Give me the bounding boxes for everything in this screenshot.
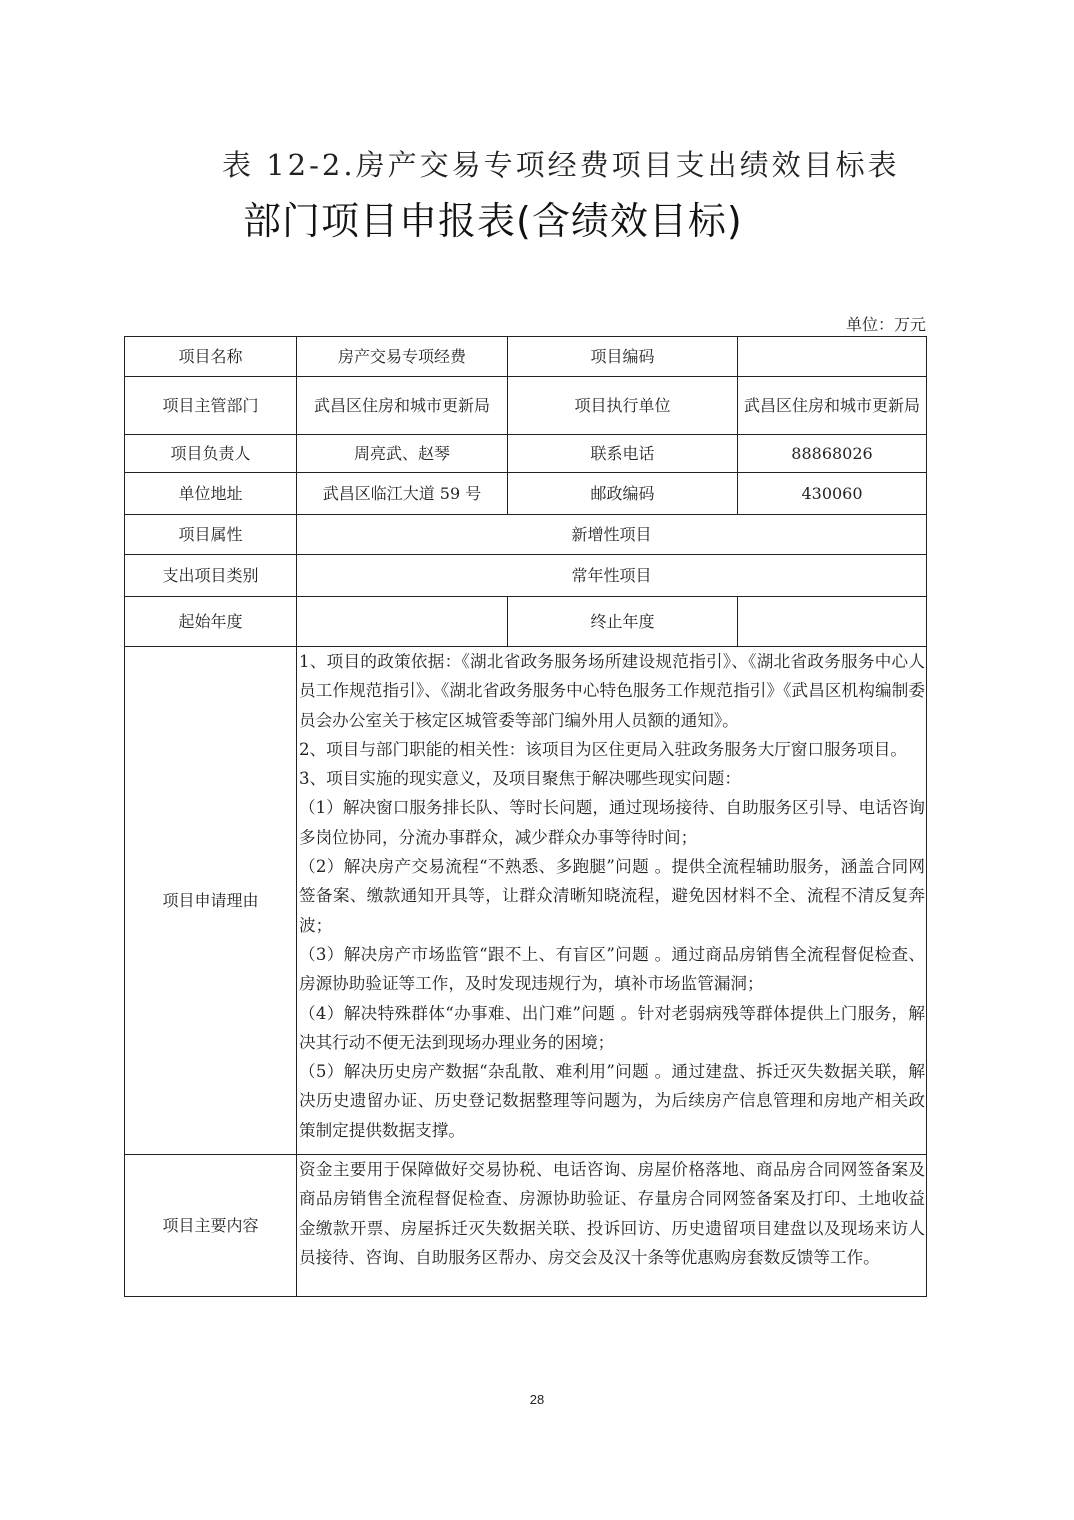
field-value: 新增性项目 — [297, 515, 927, 555]
field-label: 邮政编码 — [508, 473, 738, 515]
table-row: 项目名称 房产交易专项经费 项目编码 — [125, 337, 927, 377]
page-number: 28 — [0, 1392, 1074, 1407]
field-label: 单位地址 — [125, 473, 297, 515]
table-row: 项目负责人 周亮武、赵琴 联系电话 88868026 — [125, 435, 927, 473]
field-value: 房产交易专项经费 — [297, 337, 508, 377]
document-page: 表 12-2.房产交易专项经费项目支出绩效目标表 部门项目申报表(含绩效目标) … — [0, 0, 1074, 1520]
reason-text: 1、项目的政策依据：《湖北省政务服务场所建设规范指引》、《湖北省政务服务中心人员… — [297, 647, 927, 1155]
field-label: 项目主要内容 — [125, 1155, 297, 1297]
table-caption: 表 12-2.房产交易专项经费项目支出绩效目标表 — [222, 143, 900, 184]
paragraph: 1、项目的政策依据：《湖北省政务服务场所建设规范指引》、《湖北省政务服务中心人员… — [299, 647, 925, 735]
paragraph: （5）解决历史房产数据“杂乱散、难利用”问题 。通过建盘、拆迁灭失数据关联，解决… — [299, 1057, 925, 1145]
field-label: 起始年度 — [125, 597, 297, 647]
unit-label: 单位：万元 — [846, 312, 926, 335]
field-value — [738, 597, 927, 647]
paragraph: （1）解决窗口服务排长队、等时长问题，通过现场接待、自助服务区引导、电话咨询多岗… — [299, 793, 925, 852]
field-label: 项目执行单位 — [508, 377, 738, 435]
field-value — [297, 597, 508, 647]
content-text: 资金主要用于保障做好交易协税、电话咨询、房屋价格落地、商品房合同网签备案及商品房… — [297, 1155, 927, 1297]
field-value: 武昌区住房和城市更新局 — [738, 377, 927, 435]
paragraph: 资金主要用于保障做好交易协税、电话咨询、房屋价格落地、商品房合同网签备案及商品房… — [299, 1155, 925, 1272]
field-label: 项目负责人 — [125, 435, 297, 473]
field-label: 项目编码 — [508, 337, 738, 377]
table-row: 起始年度 终止年度 — [125, 597, 927, 647]
field-label: 项目名称 — [125, 337, 297, 377]
field-label: 联系电话 — [508, 435, 738, 473]
table-row: 项目主管部门 武昌区住房和城市更新局 项目执行单位 武昌区住房和城市更新局 — [125, 377, 927, 435]
field-label: 终止年度 — [508, 597, 738, 647]
project-application-table: 项目名称 房产交易专项经费 项目编码 项目主管部门 武昌区住房和城市更新局 项目… — [124, 336, 927, 1297]
field-value: 武昌区临江大道 59 号 — [297, 473, 508, 515]
field-value: 周亮武、赵琴 — [297, 435, 508, 473]
page-title: 部门项目申报表(含绩效目标) — [243, 190, 743, 245]
field-value: 武昌区住房和城市更新局 — [297, 377, 508, 435]
paragraph: 3、项目实施的现实意义，及项目聚焦于解决哪些现实问题： — [299, 764, 925, 793]
paragraph: （3）解决房产市场监管“跟不上、有盲区”问题 。通过商品房销售全流程督促检查、房… — [299, 940, 925, 999]
field-label: 项目属性 — [125, 515, 297, 555]
table-row: 项目属性 新增性项目 — [125, 515, 927, 555]
field-value: 430060 — [738, 473, 927, 515]
field-value: 88868026 — [738, 435, 927, 473]
table-row: 项目主要内容 资金主要用于保障做好交易协税、电话咨询、房屋价格落地、商品房合同网… — [125, 1155, 927, 1297]
paragraph: 2、项目与部门职能的相关性：该项目为区住更局入驻政务服务大厅窗口服务项目。 — [299, 735, 925, 764]
table-row: 项目申请理由 1、项目的政策依据：《湖北省政务服务场所建设规范指引》、《湖北省政… — [125, 647, 927, 1155]
field-value: 常年性项目 — [297, 555, 927, 597]
paragraph: （4）解决特殊群体“办事难、出门难”问题 。针对老弱病残等群体提供上门服务，解决… — [299, 999, 925, 1058]
field-label: 项目主管部门 — [125, 377, 297, 435]
table-row: 单位地址 武昌区临江大道 59 号 邮政编码 430060 — [125, 473, 927, 515]
field-label: 支出项目类别 — [125, 555, 297, 597]
paragraph: （2）解决房产交易流程“不熟悉、多跑腿”问题 。提供全流程辅助服务，涵盖合同网签… — [299, 852, 925, 940]
table-row: 支出项目类别 常年性项目 — [125, 555, 927, 597]
field-value — [738, 337, 927, 377]
field-label: 项目申请理由 — [125, 647, 297, 1155]
